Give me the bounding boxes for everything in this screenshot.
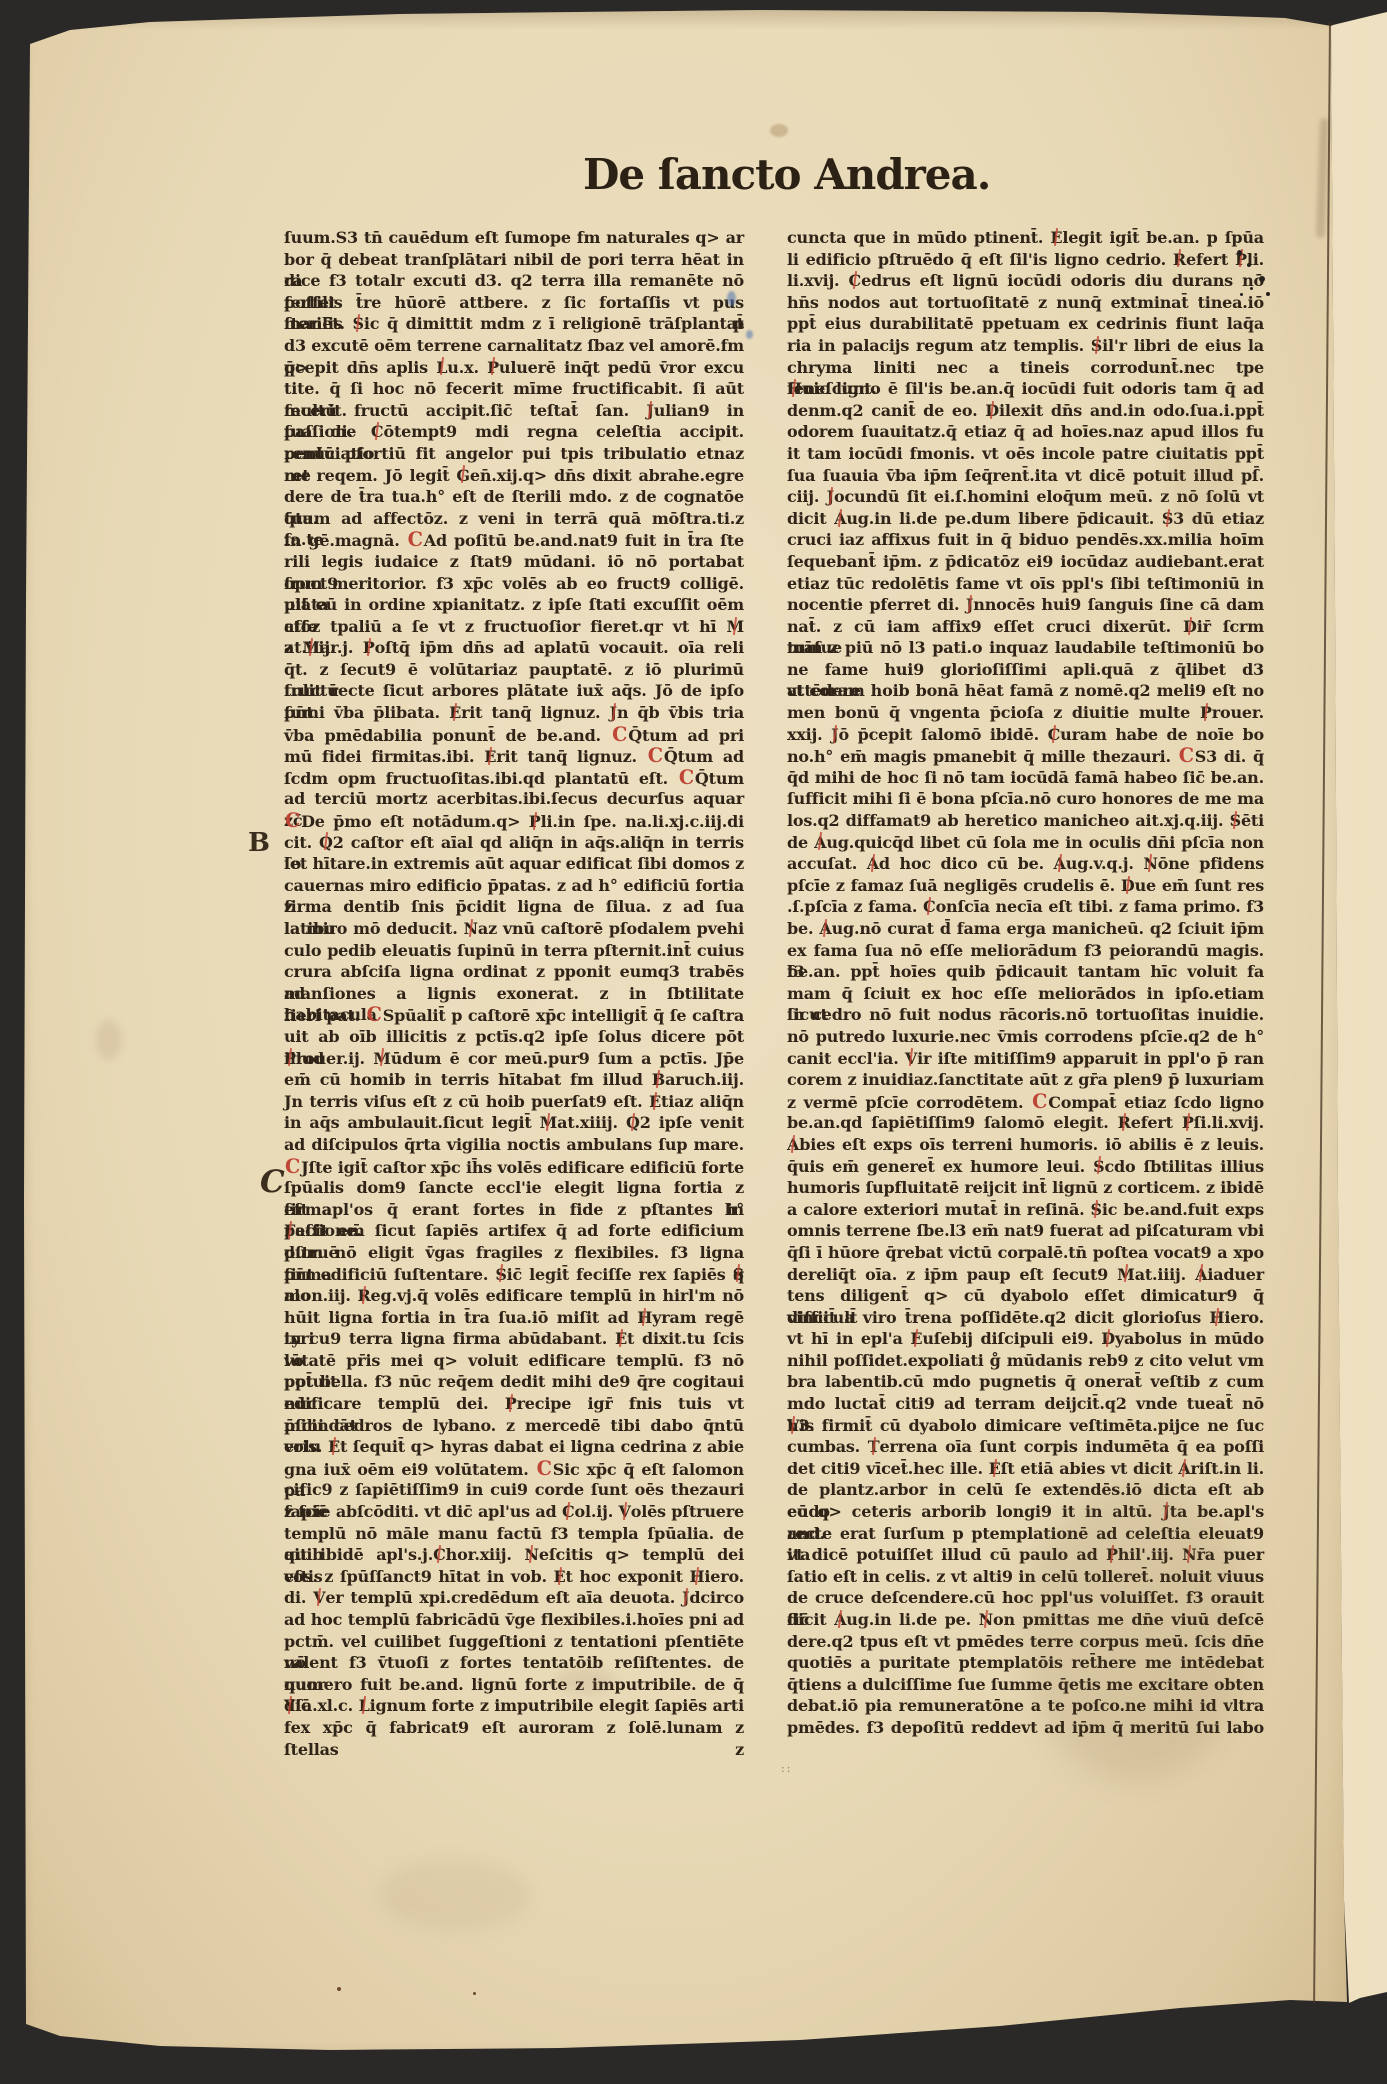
rubric-paragraph-mark: C — [536, 1457, 553, 1480]
blue-ink-mark — [727, 291, 736, 306]
rubric-paragraph-mark: C — [678, 766, 695, 789]
text-line: fertilis t̄re hūorē attbere. z ſic forta… — [284, 292, 744, 314]
rubricated-initial: P — [1200, 702, 1212, 724]
text-line: z vermē pſcīe corrodētem. CCompat̄ etiaz… — [787, 1091, 1264, 1113]
text-line: accuſat. Ad hoc dico cū be. Aug.v.q.j. N… — [787, 853, 1264, 875]
rubricated-initial: S — [353, 313, 364, 335]
text-line: vos. z ſpūſſanct9 hītat in vob. Et hoc e… — [284, 1566, 744, 1588]
rubricated-initial: A — [1178, 1458, 1190, 1480]
text-line: cauernas miro edificio p̄patas. z ad h° … — [284, 875, 744, 897]
rubricated-initial: H — [637, 1307, 652, 1329]
rubricated-initial: E — [328, 1436, 340, 1458]
text-line: ex fama ſua nō eſſe meliorādum f3 peiora… — [787, 940, 1264, 962]
rubricated-initial: S — [495, 1264, 506, 1286]
text-line: in cedro nō fuit nodus rācoris.nō tortuo… — [787, 1004, 1264, 1026]
rubricated-initial: Q — [626, 1112, 640, 1134]
text-line: .ſ.pſcīa z fama. Conſcīa necīa eſt tibi.… — [787, 896, 1264, 918]
text-line: ctōz tpaliū a ſe vt z fructuoſior fieret… — [284, 616, 744, 638]
text-line: in gē.magnā. CAd poſitū be.and.nat9 fuit… — [284, 529, 744, 551]
rubricated-initial: J — [646, 400, 653, 422]
rubricated-initial: E — [1050, 227, 1062, 249]
rubricated-initial: G — [456, 465, 469, 487]
text-line: ad terciū mortz acerbitas.ibi.ſecus decu… — [284, 788, 744, 810]
text-line: nō putredo luxurie.nec v̄mis corrodens p… — [787, 1026, 1264, 1048]
text-line: uit eū in ordine xpianitatz. z ipſe ſtat… — [284, 594, 744, 616]
text-line: tulit recte ſicut arbores plātate iux̄ a… — [284, 680, 744, 702]
text-line: ppt̄ bella. f3 nūc req̄em dedit mihi de9… — [284, 1371, 744, 1393]
text-line: d3 excutē oēm terrene carnalitatz ſbaz v… — [284, 335, 744, 357]
text-line: no.h° em̄ magis pmanebit q̄ mille thezau… — [787, 745, 1264, 767]
text-line: cruci iaz affixus fuit in q̄ biduo pendē… — [787, 529, 1264, 551]
text-line: li.xvij. Cedrus eſt lignū iocūdi odoris … — [787, 270, 1264, 292]
rubricated-initial: E — [615, 1328, 627, 1350]
text-line: dere de t̄ra tua.h° eſt de ſterili mdo. … — [284, 486, 744, 508]
rubricated-initial: M — [373, 1048, 391, 1070]
text-line: q̄d mihi de hoc ſi nō tam iocūdā famā ha… — [787, 767, 1264, 789]
text-line: rili legis iudaice z ſtat9 mūdani. iō nō… — [284, 551, 744, 573]
rubricated-initial: A — [1195, 1264, 1207, 1286]
text-line: edificare templū dei. Precipe igr̄ fnis … — [284, 1393, 744, 1415]
text-line: ait ibidē apl's.j.Chor.xiij. Neſcitis q>… — [284, 1544, 744, 1566]
rubricated-initial: J — [966, 594, 973, 616]
paper-wrinkle-shadow — [1020, 1480, 1250, 1780]
rubricated-initial: C — [849, 270, 862, 292]
text-line: p̄cepit dn̄s aplis Lu.x. Puluerē inq̄t p… — [284, 357, 744, 379]
rubric-paragraph-mark: C — [284, 809, 301, 832]
rubricated-initial: Y — [284, 1695, 295, 1717]
rubricated-initial: C — [923, 896, 936, 918]
rubricated-initial: E — [989, 1458, 1001, 1480]
ink-speck — [1247, 263, 1251, 267]
rubricated-initial: H — [1209, 1307, 1224, 1329]
text-line: omnis terrene ſbe.l3 em̄ nat9 fuerat ad … — [787, 1220, 1264, 1242]
text-line: tite. q̄ ſi hoc nō fecerit mīme fructifi… — [284, 378, 744, 400]
text-line: nocentie pferret di. Jnnocēs hui9 ſangui… — [787, 594, 1264, 616]
text-line: lūtatē pr̄is mei q> voluit edificare tem… — [284, 1350, 744, 1372]
margin-annotation-c: C — [260, 1164, 285, 1200]
text-line: de plantz.arbor in celū ſe extendēs.iō d… — [787, 1479, 1264, 1501]
text-line: ſequebant̄ ip̄m. z p̄dicatōz ei9 iocūdaz… — [787, 551, 1264, 573]
rubricated-initial: A — [834, 508, 846, 530]
text-line: ſpūalis dom9 ſancte eccl'ie elegit ligna… — [284, 1177, 744, 1199]
page-title: De ſancto Andrea. — [583, 150, 971, 210]
text-line: ad diſcipulos q̄rta vigilia noctis ambul… — [284, 1134, 744, 1156]
text-line: vt coram hoib bonā hēat famā z nomē.q2 m… — [787, 680, 1264, 702]
rubricated-initial: P — [529, 811, 541, 833]
rubric-paragraph-mark: C — [647, 744, 664, 767]
rubricated-initial: Q — [319, 832, 333, 854]
rubricated-initial: H — [787, 378, 802, 400]
rubricated-initial: L — [359, 1695, 370, 1717]
text-line: cit. Q2 caſtor eſt aīal qd aliq̄n in aq̄… — [284, 832, 744, 854]
rubricated-initial: E — [554, 1566, 566, 1588]
text-line: etiaz tūc redolētis fame vt oīs ppl's ſi… — [787, 573, 1264, 595]
text-line: la miro mō deducit. Naz vnū caſtorē pſod… — [284, 918, 744, 940]
text-line: templū nō māle manu factū f3 templa ſpūa… — [284, 1523, 744, 1545]
text-line: fex xp̄c q̄ fabricat9 eſt auroram z ſolē… — [284, 1717, 744, 1739]
rubricated-initial: P — [363, 637, 375, 659]
text-line: gna iux̄ oēm ei9 volūtatem. CSic xp̄c q̄… — [284, 1458, 744, 1480]
text-line: tens diligent̄ q> cū dyabolo eſſet dimic… — [787, 1285, 1264, 1307]
text-line: eris. Et ſequit̄ q> hyras dabat ei ligna… — [284, 1436, 744, 1458]
rubricated-initial: E — [449, 702, 461, 724]
text-line: v̄ba pmēdabilia ponunt̄ de be.and. CQ̄tu… — [284, 724, 744, 746]
rubricated-initial: J — [610, 702, 617, 724]
text-line: hn̄s nodos aut tortuoſitatē z nunq̄ extm… — [787, 292, 1264, 314]
text-line: ret reqem. Jō legit̄ Gen̄.xij.q> dn̄s di… — [284, 465, 744, 487]
rubricated-initial: C — [1048, 724, 1061, 746]
rubricated-initial: P — [487, 357, 499, 379]
text-line: denm.q2 canit̄ de eo. Dilexit dn̄s and.i… — [787, 400, 1264, 422]
text-line: q̄t. z ſecut9 ē volūtariaz pauptatē. z i… — [284, 659, 744, 681]
rubricated-initial: A — [814, 832, 826, 854]
text-line: cific9 z ſapiētiſſim9 in cui9 corde ſunt… — [284, 1479, 744, 1501]
rubricated-initial: M — [540, 1112, 558, 1134]
ink-speck — [1266, 292, 1270, 296]
rubricated-initial: A — [819, 918, 831, 940]
rubricated-initial: M — [302, 637, 320, 659]
text-line: manſiones a lignis exonerat. z in ſbtili… — [284, 983, 744, 1005]
ink-speck — [337, 1987, 341, 1991]
rubricated-initial: V — [787, 1415, 799, 1437]
text-line: culo pedib eleuatis ſupinū in terra pſte… — [284, 940, 744, 962]
ink-speck — [1240, 293, 1243, 296]
rubricated-initial: S — [1230, 810, 1241, 832]
text-line: mihi cedros de lybano. z mercedē tibi da… — [284, 1415, 744, 1437]
ink-speck — [1259, 276, 1265, 282]
rubricated-initial: P — [1182, 1112, 1194, 1134]
rubricated-initial: N — [524, 1544, 538, 1566]
rubricated-initial: P — [505, 1393, 517, 1415]
text-line: q̄tum ad affectōz. z veni in terrā quā m… — [284, 508, 744, 530]
rubricated-initial: M — [1117, 1264, 1135, 1286]
text-line: xxij. Jō p̄cepit ſalomō ibidē. Curam hab… — [787, 724, 1264, 746]
rubric-paragraph-mark: C — [1178, 744, 1195, 767]
text-line: corem z inuidiaz.ſanctitate aūt z gr̄a p… — [787, 1069, 1264, 1091]
text-line: multū fructū accipit.ſic̄ teſtat̄ ſan. J… — [284, 400, 744, 422]
rubricated-initial: H — [689, 1566, 704, 1588]
text-line: bra labentib.cū mdo pugnetis q̄ onerat̄ … — [787, 1371, 1264, 1393]
rubricated-initial: A — [834, 1609, 846, 1631]
text-line: CDe p̄mo eſt notādum.q> Pli.in ſpe. na.l… — [284, 810, 744, 832]
text-line: mdo luctat̄ citi9 ad terram deijcit̄.q2 … — [787, 1393, 1264, 1415]
text-line: pn̄t edificiū ſuſtentare. Sic̄ legit̄ fe… — [284, 1264, 744, 1286]
text-line: be.an.qd ſapiētiſſim9 ſalomō elegit. Ref… — [787, 1112, 1264, 1134]
text-line: di. Ver templū xpi.credēdum eſt aīa deuo… — [284, 1587, 744, 1609]
rubricated-initial: R — [1173, 249, 1186, 271]
rubricated-initial: M — [726, 616, 744, 638]
rubricated-initial: D — [985, 400, 999, 422]
rubricated-initial: D — [1183, 616, 1197, 638]
text-line: z Mar.j. Poſtq̄ ip̄m dn̄s ad aplatū voca… — [284, 637, 744, 659]
text-line: det citi9 vīcet̄.hec ille. Eſt etiā abie… — [787, 1458, 1264, 1480]
rubricated-initial: S — [1091, 1199, 1102, 1221]
rubricated-initial: L — [436, 357, 447, 379]
rubricated-initial: E — [649, 1091, 661, 1113]
text-line: manēt. Sic q̄ dimittit mdm z ī religionē… — [284, 313, 744, 335]
text-line: fieri pat. CSpūalit̄ p caſtorē xp̄c inte… — [284, 1004, 744, 1026]
text-line: cumbas. Terrena oīa ſunt corpis indumēta… — [787, 1436, 1264, 1458]
text-line: canit eccl'ia. Vir iſte mitiſſim9 apparu… — [787, 1048, 1264, 1070]
rubric-paragraph-mark: C — [284, 1155, 301, 1178]
rubricated-initial: J — [827, 486, 834, 508]
text-line: chryma liniti nec a tineis corrodunt̄.ne… — [787, 357, 1264, 379]
rubricated-initial: P — [284, 1048, 296, 1070]
stain — [96, 1020, 122, 1060]
text-line: eſt apl'os q̄ erant fortes in fide z pſt… — [284, 1199, 744, 1221]
text-line: ria in palacijs regum atz templis. Sil'r… — [787, 335, 1264, 357]
text-line: nihil poſſidet.expoliati g̊ mūdanis reb9… — [787, 1350, 1264, 1372]
text-line: valent f3 v̄tuoſi z fortes tentatōib reſ… — [284, 1652, 744, 1674]
stain — [770, 124, 788, 137]
text-line: Huic ligno ē ſil'is be.an.q̄ iocūdi fuit… — [787, 378, 1264, 400]
text-line: mam q̄ ſciuit ex hoc eſſe meliorādos in … — [787, 983, 1264, 1005]
rubricated-initial: B — [652, 1069, 665, 1091]
text-line: Prouer.ij. Mūdum ē cor meū.pur9 ſum a pc… — [284, 1048, 744, 1070]
text-line: cuncta que in mūdo ptinent̄. Elegit igit… — [787, 227, 1264, 249]
stain — [1168, 420, 1238, 530]
text-line: Vis firmit̄ cū dyabolo dimicare veſtimēt… — [787, 1415, 1264, 1437]
text-line: pctm̄. vel cuilibet ſuggeſtioni z tentat… — [284, 1631, 744, 1653]
rubricated-initial: T — [868, 1436, 880, 1458]
text-line: in cu9 terra ligna firma abūdabant. Et d… — [284, 1328, 744, 1350]
rubricated-initial: V — [619, 1501, 631, 1523]
rubricated-initial: C — [433, 1544, 446, 1566]
stain — [380, 1860, 530, 1930]
text-line: ne fame hui9 glorioſiſſimi apli.quā z q̄… — [787, 659, 1264, 681]
text-line: tum z piū nō l3 pati.o inquaz laudabile … — [787, 637, 1264, 659]
text-line: bor q̄ debeat tranſplātari nibil de pori… — [284, 249, 744, 271]
text-line: be. Aug.nō curat d̄ fama erga manicheū. … — [787, 918, 1264, 940]
rubricated-initial: S — [1093, 1156, 1104, 1178]
text-line: vt hī in epl'a Euſebij diſcipuli ei9. Dy… — [787, 1328, 1264, 1350]
text-line: z ſcīe abſcōditi. vt dic̄ apl'us ad Col.… — [284, 1501, 744, 1523]
text-line: ſuum.S3 tn̄ cauēdum eſt ſumope fm natura… — [284, 227, 744, 249]
text-line: mū fidei firmitas.ibi. Erit tanq̄ lignuz… — [284, 745, 744, 767]
text-line: vincit̄ a viro t̄rena poſſidēte.q2 dicit… — [787, 1307, 1264, 1329]
rubricated-initial: D — [1101, 1328, 1115, 1350]
ink-speck — [1237, 250, 1242, 256]
rubricated-initial: N — [463, 918, 477, 940]
text-line: numero fuit be.and. lignū forte z imputr… — [284, 1674, 744, 1696]
text-line: Jn terris viſus eſt z cū hoib puerſat9 e… — [284, 1091, 744, 1113]
text-line: CJſte igit̄ caſtor xp̄c ih̄s volēs edifi… — [284, 1156, 744, 1178]
rubricated-initial: V — [905, 1048, 917, 1070]
text-line: Yſa.xl.c. Lignum forte z imputribile ele… — [284, 1695, 744, 1717]
text-line: pentū pſortiū fit angelor pui tpis tribu… — [284, 443, 744, 465]
ink-speck — [473, 1992, 476, 1995]
rubricated-initial: S — [733, 1264, 744, 1286]
rubricated-initial: E — [484, 746, 496, 768]
text-line: hūit ligna fortia in t̄ra ſua.iō miſit a… — [284, 1307, 744, 1329]
rubricated-initial: A — [867, 853, 879, 875]
text-line: dereliq̄t oīa. z ip̄m paup eſt ſecut9 Ma… — [787, 1264, 1264, 1286]
text-line: ppt̄ eius durabilitatē ppetuam ex cedrin… — [787, 313, 1264, 335]
rubricated-initial: N — [979, 1609, 993, 1631]
text-line: in aq̄s ambulauit.ſicut legit̄ Mat.xiiij… — [284, 1112, 744, 1134]
text-line: opm meritorior. f3 xp̄c volēs ab eo fruc… — [284, 573, 744, 595]
blue-ink-mark — [746, 330, 753, 339]
text-line: ſufficit mihi ſi ē bona pſcīa.nō curo ho… — [787, 788, 1264, 810]
text-line: em̄ cū homib in terris hītabat fm illud … — [284, 1069, 744, 1091]
text-line: li edificio pſtruēdo q̄ eſt ſil'is ligno… — [787, 249, 1264, 271]
rubricated-initial: S — [1162, 508, 1173, 530]
text-column-left: ſuum.S3 tn̄ cauēdum eſt ſumope fm natura… — [284, 227, 744, 1739]
rubric-paragraph-mark: C — [611, 723, 628, 746]
text-line: ſcdm opm fructuoſitas.ibi.qd plantatū eſ… — [284, 767, 744, 789]
text-line: de Aug.quicq̄d libet cū ſola me in oculi… — [787, 832, 1264, 854]
rubricated-initial: F — [284, 1220, 295, 1242]
text-line: q̄uis em̄ generet̄ ex humore leui. Scdo … — [787, 1156, 1264, 1178]
rubricated-initial: R — [357, 1285, 370, 1307]
text-line: ſumi v̄ba p̄libata. Erit tanq̄ lignuz. J… — [284, 702, 744, 724]
rubricated-initial: V — [313, 1587, 325, 1609]
margin-annotation-b: B — [248, 828, 270, 858]
text-line: dum nō eligit v̄gas fragiles z flexibile… — [284, 1242, 744, 1264]
text-line: a calore exteriori mutat̄ in reſinā. Sic… — [787, 1199, 1264, 1221]
text-line: be.an. ppt̄ hoīes quib p̄dicauit tantam … — [787, 961, 1264, 983]
ink-speck — [1250, 287, 1253, 290]
text-line: Abies eſt exps oīs terreni humoris. iō a… — [787, 1134, 1264, 1156]
rubricated-initial: S — [1091, 335, 1102, 357]
text-line: los.q2 diffamat9 ab heretico manicheo ai… — [787, 810, 1264, 832]
text-line: firma dentib ſnis p̄cidit ligna de ſilua… — [284, 896, 744, 918]
text-line: men bonū q̄ vngenta p̄cioſa z diuitie mu… — [787, 702, 1264, 724]
rubric-paragraph-mark: C — [1031, 1090, 1048, 1113]
stain — [556, 1668, 616, 1694]
text-line: pſcīe z famaz ſuā negligēs crudelis ē. D… — [787, 875, 1264, 897]
rubricated-initial: A — [1054, 853, 1066, 875]
rubricated-initial: C — [371, 421, 384, 443]
text-line: crura abſciſa ligna ordinat z pponit eum… — [284, 961, 744, 983]
text-line: mon.iij. Reg.vj.q̄ volēs edificare templ… — [284, 1285, 744, 1307]
rubricated-initial: A — [787, 1134, 799, 1156]
rubricated-initial: N — [1143, 853, 1157, 875]
text-line: q̄ſi ī hūore q̄rebat victū corpalē.tn̄ p… — [787, 1242, 1264, 1264]
rubric-paragraph-mark: C — [366, 1003, 383, 1026]
text-line: Fecit em̄ ſicut ſapiēs artifex q̄ ad for… — [284, 1220, 744, 1242]
text-line: dice f3 totalr excuti d3. q2 terra illa … — [284, 270, 744, 292]
text-line: ad hoc templū fabricādū v̄ge flexibiles.… — [284, 1609, 744, 1631]
text-line: ſua di. Cōtempt9 mdi regna celeſtia acci… — [284, 421, 744, 443]
rubricated-initial: D — [1121, 875, 1135, 897]
text-line: uit ab oīb illicitis z pctīs.q2 ipſe ſol… — [284, 1026, 744, 1048]
text-line: humoris ſupfluitatē reijcit int̄ lignū z… — [787, 1177, 1264, 1199]
foot-mark: :: — [781, 1762, 792, 1775]
rubricated-initial: C — [562, 1501, 575, 1523]
rubric-paragraph-mark: C — [407, 528, 424, 551]
rubricated-initial: J — [831, 724, 838, 746]
text-line: nat̄. z cū iam affix9 eſſet cruci dixerū… — [787, 616, 1264, 638]
rubricated-initial: J — [682, 1587, 689, 1609]
text-line: let hītare.in extremis aūt aquar edifica… — [284, 853, 744, 875]
rubricated-initial: E — [910, 1328, 922, 1350]
rubricated-initial: R — [1118, 1112, 1131, 1134]
